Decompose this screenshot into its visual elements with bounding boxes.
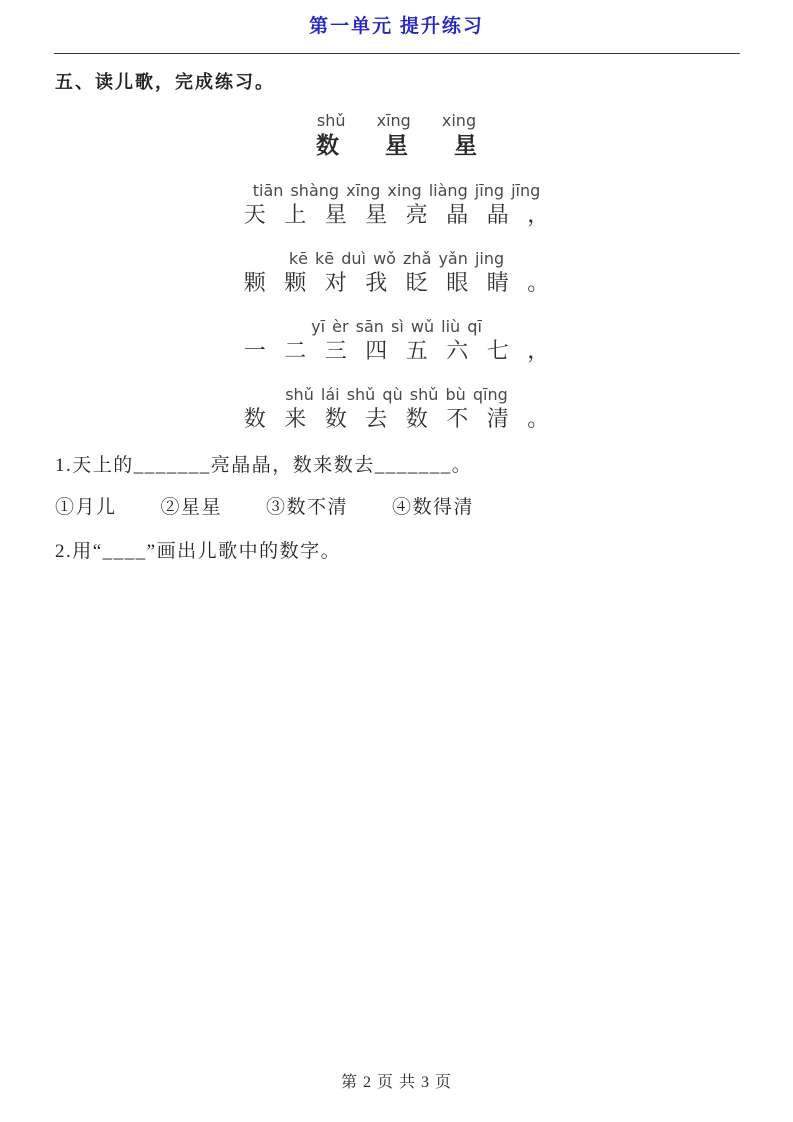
- q1-option: ①月儿: [55, 496, 117, 520]
- question-1-options: ①月儿②星星③数不清④数得清: [55, 496, 793, 520]
- poem-body: tiān shàng xīng xing liàng jīng jīng天 上 …: [0, 180, 793, 432]
- question-1: 1.天上的_______亮晶晶，数来数去_______。: [55, 454, 793, 478]
- poem-line-pinyin: yī èr sān sì wǔ liù qī: [0, 316, 793, 338]
- poem-line-text: 数 来 数 去 数 不 清 。: [0, 406, 793, 432]
- worksheet-page: 第一单元 提升练习 五、读儿歌，完成练习。 shǔ xīng xing 数 星 …: [0, 0, 793, 1122]
- q1-option: ②星星: [161, 496, 223, 520]
- section-heading: 五、读儿歌，完成练习。: [55, 70, 793, 94]
- poem-title-text: 数 星 星: [0, 132, 793, 160]
- poem-line: yī èr sān sì wǔ liù qī一 二 三 四 五 六 七 ，: [0, 316, 793, 364]
- q1-option: ③数不清: [266, 496, 348, 520]
- poem-line-pinyin: kē kē duì wǒ zhǎ yǎn jing: [0, 248, 793, 270]
- page-number: 第 2 页 共 3 页: [0, 1069, 793, 1092]
- poem-line-text: 颗 颗 对 我 眨 眼 睛 。: [0, 270, 793, 296]
- poem-line-pinyin: shǔ lái shǔ qù shǔ bù qīng: [0, 384, 793, 406]
- question-2: 2.用“____”画出儿歌中的数字。: [55, 540, 793, 564]
- poem-line-text: 一 二 三 四 五 六 七 ，: [0, 338, 793, 364]
- poem-title-pinyin: shǔ xīng xing: [0, 110, 793, 132]
- poem-line: kē kē duì wǒ zhǎ yǎn jing颗 颗 对 我 眨 眼 睛 。: [0, 248, 793, 296]
- page-header-title: 第一单元 提升练习: [0, 0, 793, 40]
- poem-line-pinyin: tiān shàng xīng xing liàng jīng jīng: [0, 180, 793, 202]
- poem-line-text: 天 上 星 星 亮 晶 晶 ，: [0, 202, 793, 228]
- poem-title: shǔ xīng xing 数 星 星: [0, 110, 793, 160]
- header-divider: [54, 53, 740, 54]
- poem-line: tiān shàng xīng xing liàng jīng jīng天 上 …: [0, 180, 793, 228]
- poem-line: shǔ lái shǔ qù shǔ bù qīng数 来 数 去 数 不 清 …: [0, 384, 793, 432]
- poem: shǔ xīng xing 数 星 星 tiān shàng xīng xing…: [0, 110, 793, 432]
- q1-option: ④数得清: [392, 496, 474, 520]
